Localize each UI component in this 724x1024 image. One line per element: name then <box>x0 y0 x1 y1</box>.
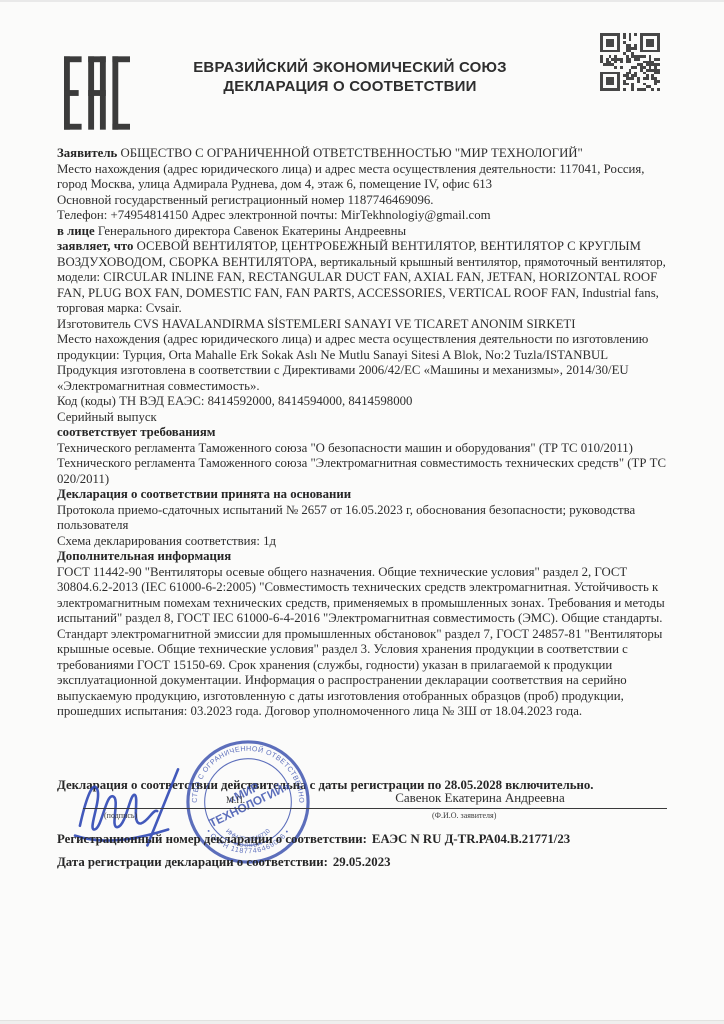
tnved-codes-line: Код (коды) ТН ВЭД ЕАЭС: 8414592000, 8414… <box>57 394 669 410</box>
eac-logo-icon <box>64 54 130 132</box>
ogrn-line: Основной государственный регистрационный… <box>57 193 669 209</box>
signature-caption: (подпись) <box>104 811 137 820</box>
registration-date-value: 29.05.2023 <box>333 855 391 869</box>
phone-email-line: Телефон: +74954814150 Адрес электронной … <box>57 208 669 224</box>
manufacturer-address-line: Место нахождения (адрес юридического лиц… <box>57 332 669 363</box>
qr-code-icon <box>600 33 660 91</box>
union-name: ЕВРАЗИЙСКИЙ ЭКОНОМИЧЕСКИЙ СОЮЗ <box>180 58 520 77</box>
test-protocol-line: Протокола приемо-сдаточных испытаний № 2… <box>57 503 669 534</box>
manufacturer-line: Изготовитель CVS HAVALANDIRMA SİSTEMLERI… <box>57 317 669 333</box>
directives-line: Продукция изготовлена в соответствии с Д… <box>57 363 669 394</box>
applicant-line: Заявитель ОБЩЕСТВО С ОГРАНИЧЕННОЙ ОТВЕТС… <box>57 146 669 162</box>
registration-number-line: Регистрационный номер декларации о соотв… <box>57 832 697 847</box>
tr-ts-010-line: Технического регламента Таможенного союз… <box>57 441 669 457</box>
registration-date-label: Дата регистрации декларации о соответств… <box>57 855 328 869</box>
applicant-label: Заявитель <box>57 146 117 160</box>
registration-date-line: Дата регистрации декларации о соответств… <box>57 855 697 870</box>
signature-line <box>83 808 667 809</box>
scan-edge-top <box>0 0 724 2</box>
applicant-address-line: Место нахождения (адрес юридического лиц… <box>57 162 669 193</box>
document-title: ЕВРАЗИЙСКИЙ ЭКОНОМИЧЕСКИЙ СОЮЗ ДЕКЛАРАЦИ… <box>180 58 520 96</box>
declares-products-line: заявляет, что ОСЕВОЙ ВЕНТИЛЯТОР, ЦЕНТРОБ… <box>57 239 669 317</box>
registration-number-value: ЕАЭС N RU Д-TR.РА04.В.21771/23 <box>372 832 570 846</box>
additional-info-heading: Дополнительная информация <box>57 549 669 565</box>
in-person-line: в лице Генерального директора Савенок Ек… <box>57 224 669 240</box>
tr-ts-020-line: Технического регламента Таможенного союз… <box>57 456 669 487</box>
in-person-label: в лице <box>57 224 95 238</box>
applicant-fio: Савенок Екатерина Андреевна <box>370 790 590 806</box>
declaration-body: Заявитель ОБЩЕСТВО С ОГРАНИЧЕННОЙ ОТВЕТС… <box>57 146 669 720</box>
declaration-basis-heading: Декларация о соответствии принята на осн… <box>57 487 669 503</box>
declaration-title: ДЕКЛАРАЦИЯ О СООТВЕТСТВИИ <box>180 77 520 96</box>
meets-requirements-heading: соответствует требованиям <box>57 425 669 441</box>
declaration-scheme-line: Схема декларирования соответствия: 1д <box>57 534 669 550</box>
serial-production-line: Серийный выпуск <box>57 410 669 426</box>
registration-number-label: Регистрационный номер декларации о соотв… <box>57 832 367 846</box>
scan-edge-bottom <box>0 1020 724 1024</box>
stamp-place-label: М.П. <box>226 795 245 805</box>
company-stamp: ОБЩЕСТВО С ОГРАНИЧЕННОЙ ОТВЕТСТВЕННОСТЬЮ… <box>183 736 313 868</box>
declares-label: заявляет, что <box>57 239 133 253</box>
gost-standards-paragraph: ГОСТ 11442-90 "Вентиляторы осевые общего… <box>57 565 669 720</box>
fio-caption: (Ф.И.О. заявителя) <box>432 811 496 820</box>
